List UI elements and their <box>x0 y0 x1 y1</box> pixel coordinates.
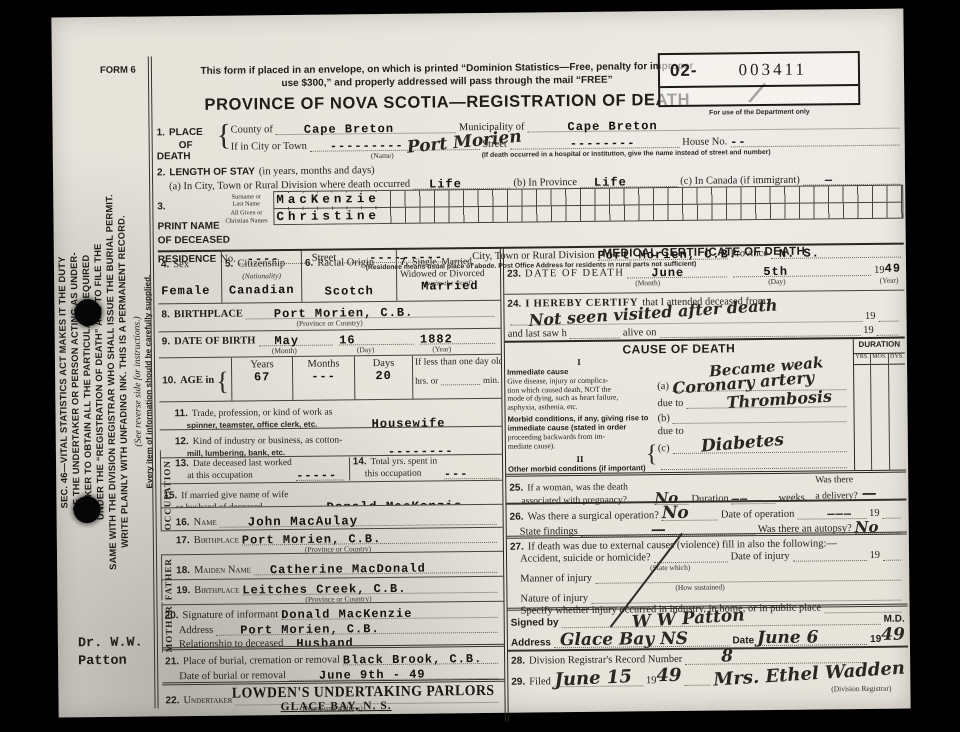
item11-number: 11. <box>174 408 187 419</box>
section-date-of-birth: 9. DATE OF BIRTH May 16 1882 (Month) (Da… <box>159 329 501 359</box>
other-morbid-brace: { <box>646 444 658 466</box>
age-days-label: Days <box>358 358 409 370</box>
marital-label-1: Single, Married, <box>412 257 474 268</box>
duration-grid <box>854 365 906 477</box>
accident-label: Accident, suicide or homicide? <box>520 552 651 564</box>
last-worked-label-1: Date deceased last worked <box>193 458 292 469</box>
racial-origin-value: Scotch <box>305 284 393 299</box>
age-label: AGE in <box>180 375 214 386</box>
immediate-desc-4: asphyxia, asthenia, etc. <box>507 403 651 413</box>
section-undertaker: 22. Undertaker LOWDEN'S UNDERTAKING PARL… <box>162 682 504 726</box>
registration-number-box: 02- 003411 <box>658 51 861 107</box>
duration-yrs-label: YRS. <box>854 354 871 364</box>
informant-address-label: Address <box>179 625 214 636</box>
industry-label-1: Kind of industry or business, as cotton- <box>193 435 343 447</box>
section-industry: 12. Kind of industry or business, as cot… <box>160 427 502 459</box>
item7-number: 7. <box>400 257 408 268</box>
medical-certificate-column: MEDICAL CERTIFICATE OF DEATH 23. DATE OF… <box>504 245 909 722</box>
pregnancy-label-1: If a woman, was the death <box>527 481 628 493</box>
section-cause-of-death: CAUSE OF DEATH DURATION I Immediate caus… <box>505 337 906 477</box>
total-years-value: --- <box>444 467 469 481</box>
signed-by-label: Signed by <box>511 617 559 628</box>
md-label: M.D. <box>884 614 905 625</box>
scan-background: FORM 6 This form if placed in an envelop… <box>0 0 960 732</box>
burial-date-label: Date of burial or removal <box>179 670 286 682</box>
cause-c-label: (c) <box>658 443 670 454</box>
burial-place-value: Black Brook, C.B. <box>343 652 483 667</box>
section-burial: 21. Place of burial, cremation or remova… <box>162 647 504 686</box>
section-father-birthplace: 17. Birthplace Port Morien, C.B. (Provin… <box>161 528 503 556</box>
morbid-label-4: mediate cause). <box>508 441 652 451</box>
item5-number: 5. <box>225 259 233 270</box>
filed-date-handwritten: June 15 <box>553 666 631 690</box>
doctor-name-note: Dr. W.W. Patton <box>78 635 143 671</box>
registration-prefix: 02- <box>670 60 698 80</box>
delivery-handwritten: — <box>862 484 877 502</box>
item1-label-2: OF <box>157 139 215 151</box>
certify-year2: 19 <box>863 325 874 336</box>
house-no-value: -- <box>730 135 747 149</box>
item1-label-1: PLACE <box>169 127 203 138</box>
marital-value: Married <box>421 279 479 294</box>
operation-date-dash: ——— <box>827 507 852 521</box>
date-of-birth-label: DATE OF BIRTH <box>174 335 255 347</box>
father-name-label: Name <box>194 517 217 528</box>
given-cell-label-2: Christian Names <box>219 217 273 225</box>
father-name-value: John MacAulay <box>248 514 359 529</box>
item17-number: 17. <box>176 535 190 546</box>
autopsy-handwritten: No <box>855 518 879 536</box>
item2-number: 2. <box>157 167 165 178</box>
age-years-value: 67 <box>235 370 289 385</box>
birth-day-sub: (Day) <box>357 345 375 354</box>
maiden-name-label: Maiden Name <box>194 564 251 576</box>
item22-number: 22. <box>165 695 179 706</box>
physician-address-label: Address <box>511 637 551 648</box>
surname-value: MacKenzie <box>274 192 382 207</box>
manner-label: Manner of injury <box>520 573 592 585</box>
filed-year-handwritten: 49 <box>656 665 681 686</box>
mother-birthplace-label: Birthplace <box>194 585 239 596</box>
racial-origin-label: Racial Origin <box>317 257 374 269</box>
section-informant: 20. Signature of informant Donald MacKen… <box>162 602 504 651</box>
city-town-label: If in City or Town <box>231 141 307 153</box>
undertaker-stamp-line2: GLACE BAY, N. S. <box>281 700 392 713</box>
cause-dueto1-label: due to <box>657 398 683 409</box>
cause-c-handwritten: Diabetes <box>700 430 785 457</box>
doctor-name-line1: Dr. W.W. <box>78 635 143 653</box>
age-days-value: 20 <box>358 369 409 384</box>
section-mother-maiden-name: 18. Maiden Name Catherine MacDonald <box>161 552 503 581</box>
delivery-label-1: Was there <box>815 474 903 486</box>
age-brace: { <box>216 370 229 401</box>
item29-number: 29. <box>511 677 525 688</box>
sex-value: Female <box>161 284 218 299</box>
section-signed: Signed by W W Patton M.D. <box>508 607 908 631</box>
last-saw-label: and last saw h <box>508 328 567 340</box>
stay-c-value: — <box>825 173 833 187</box>
mother-birthplace-value: Leitches Creek, C.B. <box>242 582 406 598</box>
item12-number: 12. <box>175 436 189 447</box>
sex-label: Sex <box>173 259 189 270</box>
informant-value: Donald MacKenzie <box>281 607 412 622</box>
section-age: 10. AGE in { Years 67 Months --- Days 20… <box>159 355 501 403</box>
personal-particulars-column: 4. Sex Female 5. Citizenship (Nationalit… <box>158 249 509 726</box>
item24-number: 24. <box>507 299 521 310</box>
section-external-causes: 27. If death was due to external causes … <box>507 535 908 611</box>
duration-header: DURATION <box>853 339 905 355</box>
trade-label-1: Trade, profession, or kind of work as <box>192 408 333 419</box>
birth-year: 1882 <box>420 332 453 346</box>
section-place-of-death: 1. PLACE OF DEATH { County of Cape Breto… <box>156 113 902 167</box>
burial-date-value: June 9th - 49 <box>319 668 426 683</box>
item1-brace: { <box>216 122 231 149</box>
county-label: County of <box>230 124 272 135</box>
stay-a-value: Life <box>429 177 462 191</box>
findings-handwritten: — <box>651 520 666 538</box>
cause-entries: Became weak (a) Coronary artery due to T… <box>653 354 854 477</box>
house-no-label: House No. <box>682 136 727 147</box>
physician-address-handwritten: Glace Bay NS <box>560 629 688 650</box>
form-body: 1. PLACE OF DEATH { County of Cape Breto… <box>156 113 908 726</box>
death-day: 5th <box>763 265 788 279</box>
informant-address-value: Port Morien, C.B. <box>240 622 380 637</box>
age-hrs-label: hrs. or <box>415 375 438 385</box>
occupation-vertical-label: OCCUPATION <box>160 450 174 530</box>
section-filed: 29. Filed June 15 19 49 Mrs. Ethel Wadde… <box>508 665 908 702</box>
item25-number: 25. <box>509 483 523 494</box>
citizenship-label: Citizenship <box>237 258 285 270</box>
mother-vertical-label: MOTHER <box>161 602 175 652</box>
last-worked-label-2: at this occupation <box>187 470 293 482</box>
filed-year-pre: 19 <box>646 675 657 686</box>
last-worked-value: ----- <box>296 469 337 483</box>
father-vertical-label: FATHER <box>161 554 174 600</box>
section-birthplace: 8. BIRTHPLACE Port Morien, C.B. (Provinc… <box>158 301 500 333</box>
item1-label-3: DEATH <box>157 150 215 162</box>
age-min-label: min. <box>483 375 499 385</box>
spouse-label-1: If married give name of wife <box>181 490 288 501</box>
birthplace-label: BIRTHPLACE <box>174 308 243 320</box>
birth-day: 16 <box>339 333 356 347</box>
citizenship-value: Canadian <box>225 283 298 298</box>
delivery-label-2: a delivery? <box>815 490 857 501</box>
age-months-label: Months <box>296 358 351 370</box>
item3-label-1: PRINT NAME <box>157 221 219 233</box>
weeks-label: weeks. <box>779 493 808 504</box>
cause-a-label: (a) <box>657 381 669 392</box>
signed-year-handwritten: 49 <box>881 625 905 645</box>
total-years-label-1: Total yrs. spent in <box>371 456 438 467</box>
death-year-sub: (Year) <box>880 276 899 285</box>
item2-label-sub: (in years, months and days) <box>259 165 375 177</box>
signed-date-handwritten: June 6 <box>757 627 819 648</box>
operation-handwritten: No <box>662 503 689 523</box>
age-years-label: Years <box>235 359 289 371</box>
death-month: June <box>651 266 684 280</box>
section-mother-birthplace: 19. Birthplace Leitches Creek, C.B. (Pro… <box>161 577 503 606</box>
section-date-of-death: 23. DATE OF DEATH June 5th 1949 (Month) … <box>504 259 904 295</box>
section-last-worked: 13. Date deceased last worked at this oc… <box>160 455 502 485</box>
father-birthplace-label: Birthplace <box>194 535 239 546</box>
name-grid: MacKenzie Christine <box>273 185 903 226</box>
section-spouse: 15. If married give name of wife or husb… <box>160 481 502 509</box>
death-year-pre: 19 <box>874 265 885 276</box>
street-value: -------- <box>570 136 636 151</box>
alive-on-label: alive on <box>623 327 657 338</box>
age-months-value: --- <box>296 369 351 384</box>
item28-number: 28. <box>511 656 525 667</box>
section-trade: 11. Trade, profession, or kind of work a… <box>159 399 501 431</box>
item3-label-2: OF DECEASED <box>158 235 220 248</box>
filed-label: Filed <box>529 676 551 687</box>
section-print-name: 3. PRINT NAME OF DECEASED Surname or Las… <box>157 185 904 251</box>
item21-number: 21. <box>165 656 179 667</box>
stay-b-label: (b) In Province <box>513 177 577 189</box>
nature-label: Nature of injury <box>520 593 588 605</box>
age-less-label: If less than one day old <box>415 357 499 368</box>
duration-mos-label: MOS. <box>871 354 888 364</box>
item27-number: 27. <box>510 542 524 553</box>
municipality-value: Cape Breton <box>567 119 657 134</box>
item13-number: 13. <box>175 458 189 469</box>
section-sex-citizenship-origin-marital: 4. Sex Female 5. Citizenship (Nationalit… <box>158 249 501 305</box>
item18-number: 18. <box>176 565 190 576</box>
duration-dys-label: DYS. <box>889 354 905 364</box>
birth-month: May <box>274 334 299 348</box>
item19-number: 19. <box>176 585 190 596</box>
doctor-name-line2: Patton <box>78 652 143 670</box>
stay-b-value: Life <box>594 175 627 189</box>
pregnancy-label-2: associated with pregnancy? <box>521 495 651 507</box>
item26-number: 26. <box>510 512 524 523</box>
citizenship-sub: (Nationality) <box>225 271 298 281</box>
signed-year-pre: 19 <box>870 634 881 645</box>
item1-number: 1. <box>157 127 165 138</box>
undertaker-label: Undertaker <box>183 695 232 707</box>
item14-number: 14. <box>353 456 367 467</box>
registration-number: 003411 <box>697 59 848 81</box>
form-number: FORM 6 <box>100 65 136 76</box>
item16-number: 16. <box>176 517 190 528</box>
item4-number: 4. <box>161 259 169 270</box>
item10-number: 10. <box>162 375 176 386</box>
city-town-dashes: --------- <box>330 139 404 154</box>
given-names-value: Christine <box>274 209 382 224</box>
findings-label: State findings <box>520 526 578 538</box>
item3-number: 3. <box>157 201 165 212</box>
cause-descriptions: I Immediate cause Give disease, injury o… <box>505 356 654 477</box>
death-registration-form: FORM 6 This form if placed in an envelop… <box>51 9 910 718</box>
item2-label: LENGTH OF STAY <box>169 166 255 178</box>
pregnancy-duration-dash: —— <box>732 493 749 507</box>
punch-hole-bottom <box>73 496 100 523</box>
county-value: Cape Breton <box>304 122 394 137</box>
death-year: 49 <box>885 262 902 276</box>
father-birthplace-value: Port Morien, C.B. <box>242 532 382 547</box>
maiden-name-value: Catherine MacDonald <box>270 562 426 578</box>
birthplace-value: Port Morien, C.B. <box>274 306 414 321</box>
item23-number: 23. <box>507 269 521 280</box>
certify-year1: 19 <box>865 311 876 322</box>
item9-number: 9. <box>162 336 170 347</box>
record-number-handwritten: 8 <box>721 646 733 666</box>
total-years-label-2: this occupation <box>365 469 441 480</box>
duration-table: YRS. MOS. DYS. <box>853 354 906 477</box>
injury-year: 19 <box>869 550 880 561</box>
item6-number: 6. <box>305 258 313 269</box>
injury-date-label: Date of injury <box>731 551 790 563</box>
autopsy-label: Was there an autopsy? <box>758 523 852 535</box>
punch-hole-top <box>74 299 101 326</box>
section-certify: 24. I HEREBY CERTIFY that I attended dec… <box>504 291 904 341</box>
date-of-death-label: DATE OF DEATH <box>525 267 625 279</box>
cause-b-label: (b) <box>658 413 670 424</box>
item8-number: 8. <box>161 309 169 320</box>
